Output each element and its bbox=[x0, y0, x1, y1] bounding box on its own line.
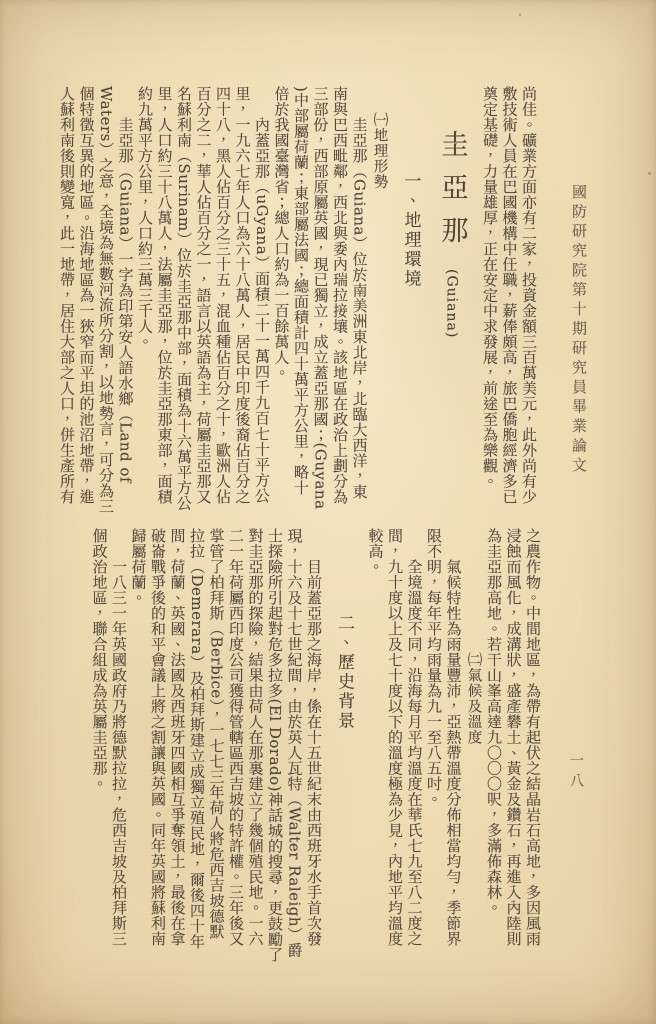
text-column: 歸屬荷蘭。 bbox=[128, 528, 148, 963]
text-column: 里，人口約三十八萬人，法屬圭亞那，位於圭亞那東部，面積 bbox=[154, 86, 174, 514]
text-column: 圭亞那（Guiana）一字為印第安人語水鄉（Land of bbox=[115, 86, 135, 514]
text-column: 尚佳。礦業方面亦有二家，投資金額三百萬美元，此外尚有少 bbox=[519, 86, 539, 514]
text-column: 全境溫度不同，沿海每月平均溫度在華氏七九至八二度之 bbox=[404, 528, 424, 963]
text-column: 倍於我國臺灣省；總人口約為一百餘萬人。 bbox=[271, 86, 291, 514]
subsection-heading-terrain: ㈠地理形勢 bbox=[369, 86, 390, 514]
text-column: 現，十六及十七世紀間，由於英人瓦特（Walter Raleigh）爵 bbox=[284, 528, 304, 963]
bottom-text-block: 之農作物。中間地區，為帶有起伏之結晶岩石高地，多因風雨 浸蝕而風化，成溝狀，盛產… bbox=[89, 528, 542, 963]
text-column: 氣候特性為雨量豐沛，亞熱帶溫度分佈相當均勻，季節界 bbox=[443, 528, 463, 963]
text-column: )中部屬荷蘭；東部屬法國；總面積計四十萬平方公里，略十 bbox=[291, 86, 311, 514]
text-column: 圭亞那（Guiana）位於南美洲東北岸，北臨大西洋，東 bbox=[349, 86, 369, 514]
text-column: 二一年荷屬西印度公司獲得管轄區西吉坡的特許權。三年後又 bbox=[226, 528, 246, 963]
text-column: 內蓋亞那（uGyana）面積二十一萬四千九百七十平方公 bbox=[252, 86, 272, 514]
text-column: 敷技術人員在巴國機構中任職，薪俸頗高，旅巴僑胞經濟多已 bbox=[499, 86, 519, 514]
text-column: 人蘇利南後則變寬，此一地帶，居住大部之人口，併生產所有 bbox=[57, 86, 77, 514]
text-column: 四十八，黑人佔百分之三十五，混血種佔百分之十，歐洲人佔 bbox=[213, 86, 233, 514]
article-title: 圭亞那(Guiana) bbox=[434, 86, 470, 514]
text-column: 士探險所引起對危多拉多(El Dorado)神話城的搜尋，更鼓勵了 bbox=[265, 528, 285, 963]
text-column: 三部份，西部原屬英國，現已獨立，成立蓋亞那國；(Guyana bbox=[310, 86, 330, 514]
text-column: 破崙戰爭後的和平會議上將之割讓與英國。同年英國將蘇利南 bbox=[148, 528, 168, 963]
section-heading-history: 二、歷史背景 bbox=[331, 528, 357, 963]
text-column: 對圭亞那的探險，結果由荷人在那裏建立了幾個殖民地。一六 bbox=[245, 528, 265, 963]
text-column: 奠定基礎，力量雄厚，正在安定中求發展，前途至為樂觀。 bbox=[480, 86, 500, 514]
text-column: 約九萬平方公里，人口約三萬三千人。 bbox=[135, 86, 155, 514]
article-title-latin: (Guiana) bbox=[444, 259, 460, 338]
text-column: 名蘇利南（Surinam）位於圭亞那中部，面積為十六萬平方公 bbox=[174, 86, 194, 514]
text-column: 拉拉（Demerara）及柏拜斯建立成獨立殖民地，爾後四十年 bbox=[187, 528, 207, 963]
text-column: 目前蓋亞那之海岸，係在十五世紀末由西班牙水手首次發 bbox=[304, 528, 324, 963]
text-column: 浸蝕而風化，成溝狀，盛產礬土、黃金及鑽石，再進入內陸則 bbox=[503, 528, 523, 963]
text-column: Waters）之意，全境為無數河流所分割，以地勢言，可分為三 bbox=[96, 86, 116, 514]
text-column: 間，荷蘭、英國、法國及西班牙四國相互爭奪領土，最後在拿 bbox=[167, 528, 187, 963]
text-column: 掌管了柏拜斯（Berbice），一七七三年荷人將危西吉坡德默 bbox=[206, 528, 226, 963]
text-column: 間，九十度以上及七十度以下的溫度極為少見，內地平均溫度 bbox=[385, 528, 405, 963]
top-text-block: 尚佳。礦業方面亦有二家，投資金額三百萬美元，此外尚有少 敷技術人員在巴國機構中任… bbox=[57, 86, 539, 514]
text-column: 為圭亞那高地。若干山峯高達九〇〇〇呎，多滿佈森林。 bbox=[484, 528, 504, 963]
subsection-heading-climate: ㈡氣候及溫度 bbox=[463, 528, 484, 963]
text-column: 南與巴西毗鄰，西北與委內瑞拉接壤。該地區在政治上劃分為 bbox=[330, 86, 350, 514]
section-heading-geography: 一、地理環境 bbox=[398, 86, 424, 514]
text-column: 個政治地區，聯合組成為英屬圭亞那。 bbox=[89, 528, 109, 963]
text-column: 里，一九六七年人口為六十八萬人，居民中印度後裔佔百分之 bbox=[232, 86, 252, 514]
scan-speck bbox=[519, 14, 521, 16]
text-column: 百分之二，華人佔百分之一，語言以英語為主，荷屬圭亞那又 bbox=[193, 86, 213, 514]
text-column: 之農作物。中間地區，為帶有起伏之結晶岩石高地，多因風雨 bbox=[523, 528, 543, 963]
text-column: 限不明，每年平均雨量為九一至八五吋。 bbox=[424, 528, 444, 963]
page-number: 一八 bbox=[566, 753, 586, 793]
text-column: 一八三一年英國政府乃將德默拉拉，危西吉坡及柏拜斯三 bbox=[109, 528, 129, 963]
scan-speck bbox=[648, 172, 651, 175]
running-head-thesis-series: 國防研究院第十期研究員畢業論文 bbox=[569, 184, 590, 477]
text-column: 較高。 bbox=[365, 528, 385, 963]
text-column: 個特徵互異的地區。沿海地區為一狹窄而平坦的池沼地帶，進 bbox=[76, 86, 96, 514]
article-title-chinese: 圭亞那 bbox=[437, 130, 468, 259]
